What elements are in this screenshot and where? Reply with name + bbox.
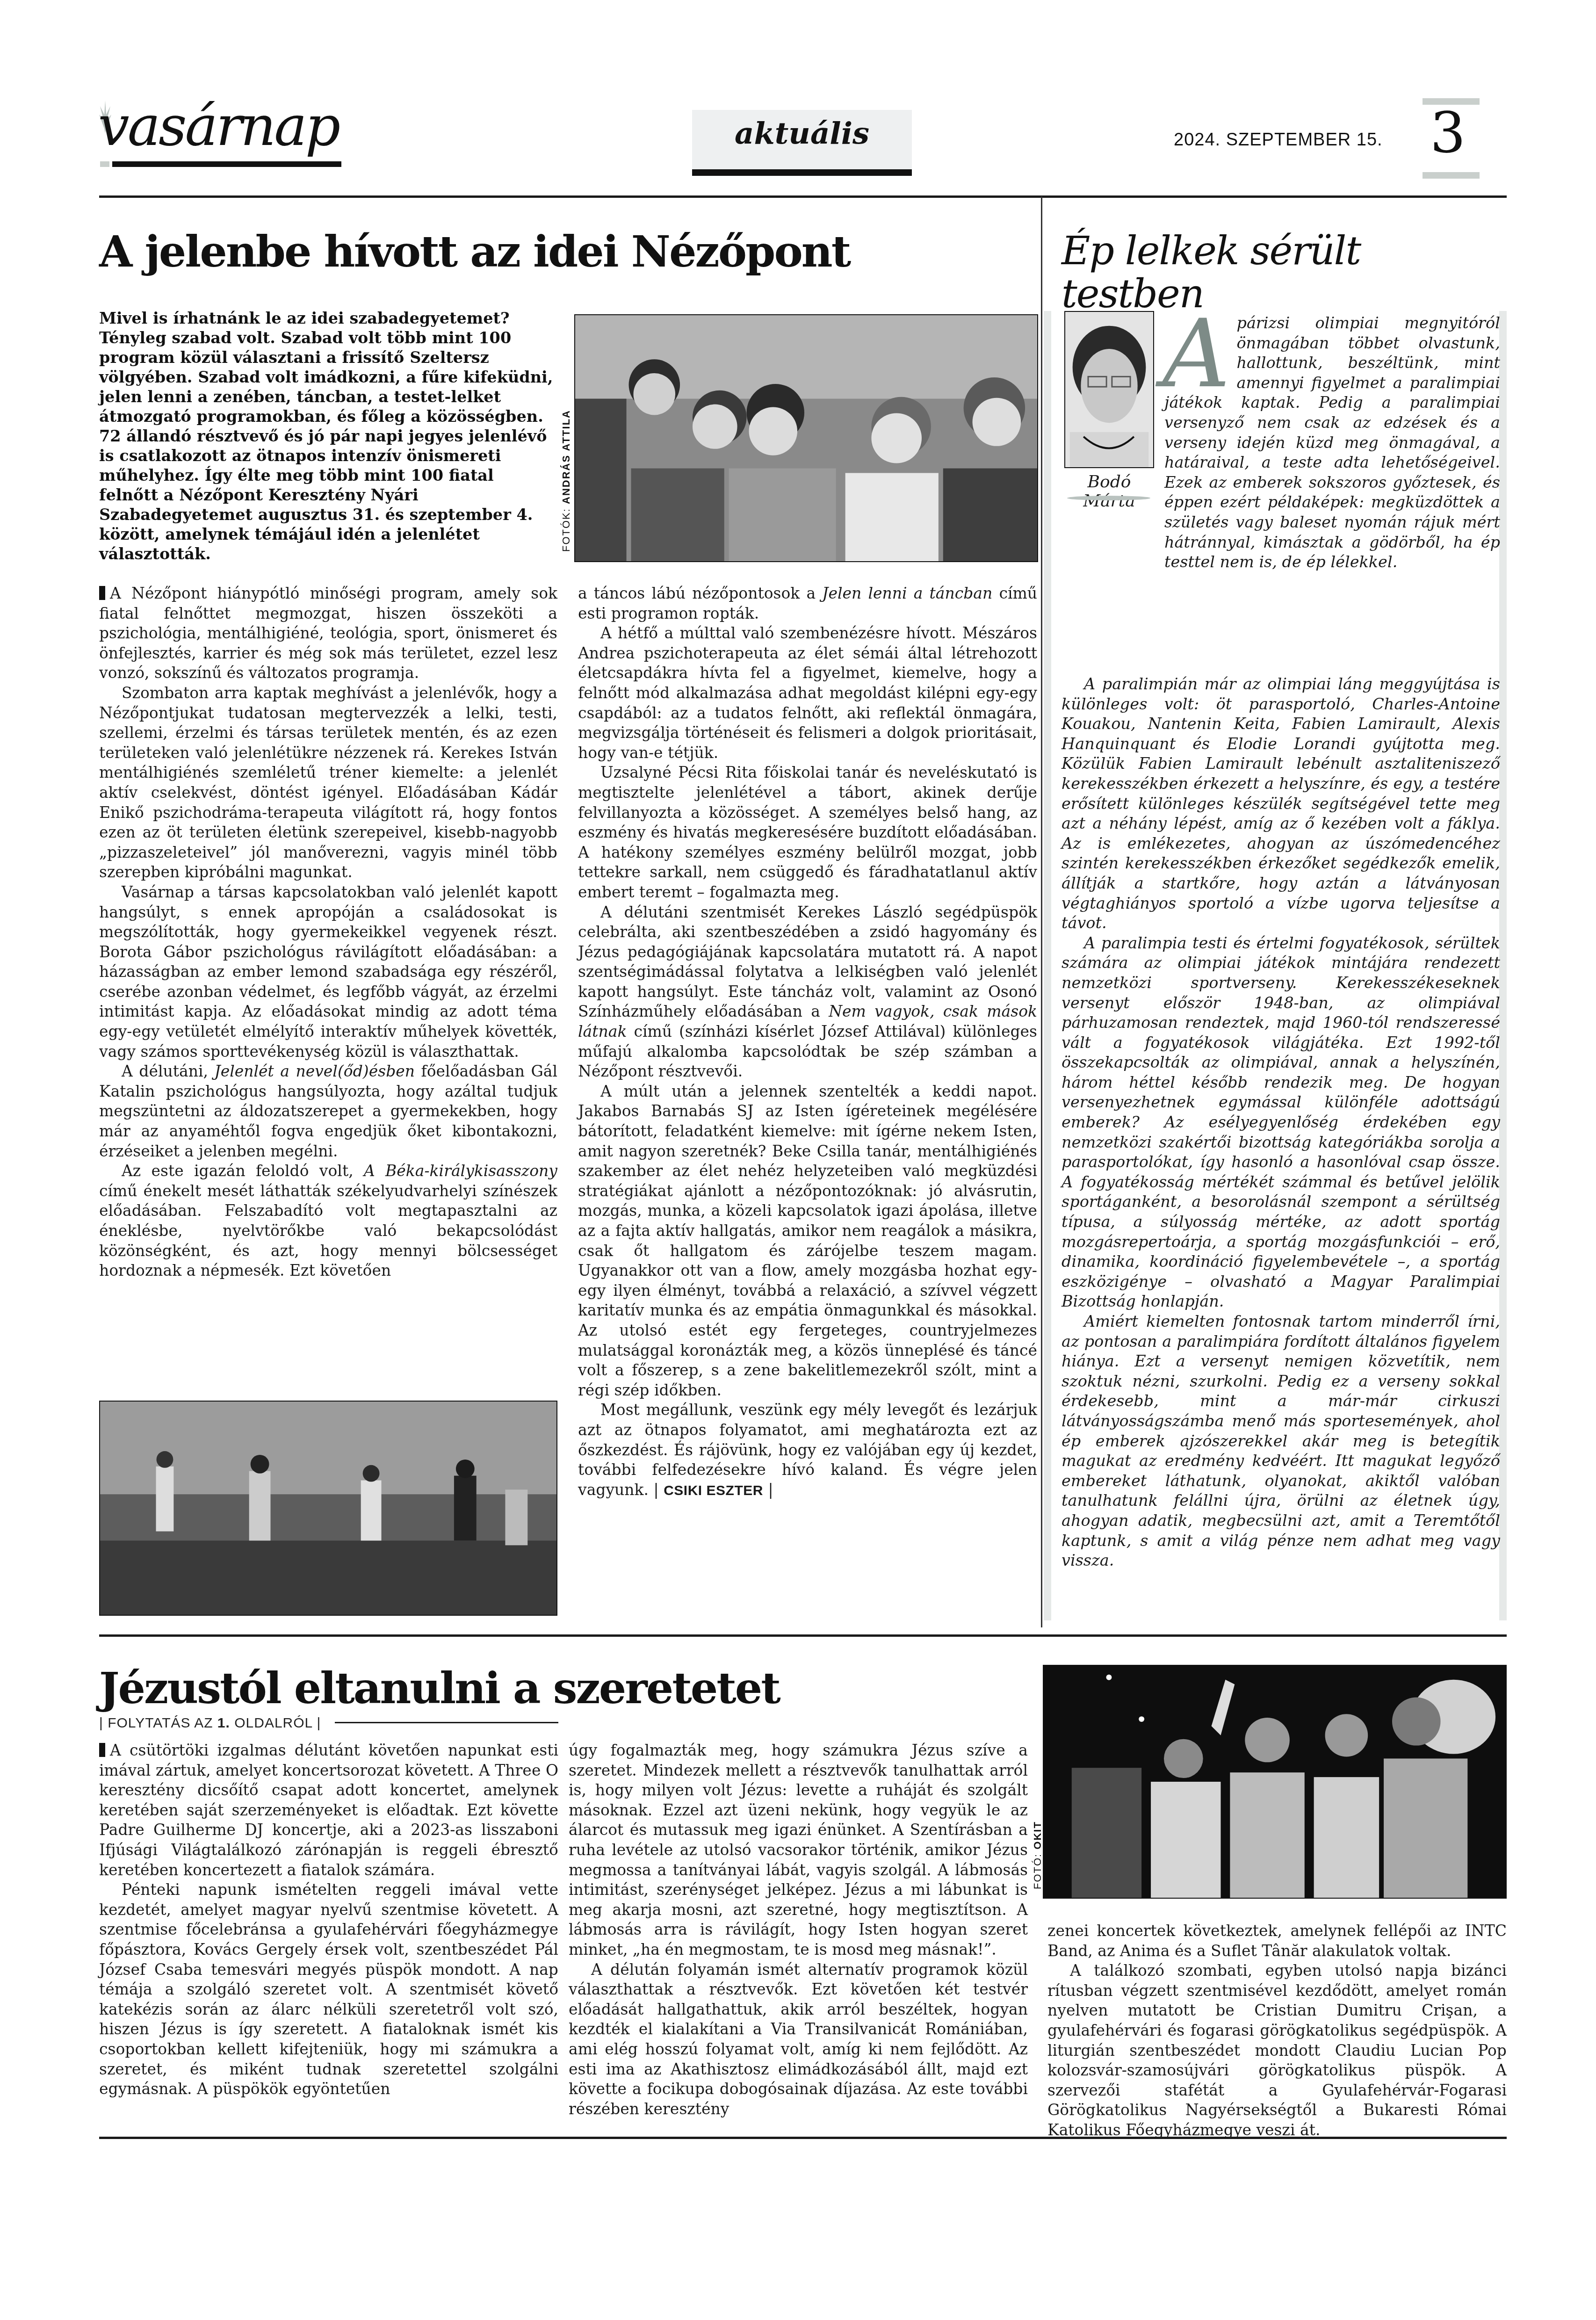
article-start-marker: [99, 1743, 105, 1757]
opinion-body: A párizsi olimpiai megnyitóról önmagában…: [1164, 313, 1500, 572]
main-article-lead: Mivel is írhatnánk le az idei szabadegye…: [99, 309, 557, 564]
byline: CSIKI ESZTER: [664, 1483, 763, 1498]
bottom-article-column-1: A csütörtöki izgalmas délutánt követően …: [99, 1741, 558, 2099]
kicker-line: [335, 1722, 558, 1723]
photo-young-people-clapping: [574, 314, 1038, 562]
column-divider-top: [1041, 196, 1042, 1627]
main-article-title[interactable]: A jelenbe hívott az idei Nézőpont: [99, 228, 1025, 275]
logo-underline: [112, 161, 341, 167]
photo-outdoor-workshop: [99, 1401, 557, 1616]
main-article-column-2: a táncos lábú nézőpontosok a Jelen lenni…: [578, 584, 1037, 1501]
masthead-logo[interactable]: vasárnap: [98, 98, 339, 153]
opinion-body-continued: A paralimpián már az olimpiai láng meggy…: [1062, 674, 1500, 1571]
header-divider: [99, 195, 1507, 198]
opinion-author: Bodó Márta: [1064, 472, 1154, 511]
page-number-bottom-bar: [1423, 172, 1480, 179]
issue-date: 2024. SZEPTEMBER 15.: [1174, 130, 1383, 150]
continuation-kicker[interactable]: | FOLYTATÁS AZ 1. OLDALRÓL |: [99, 1715, 321, 1731]
author-portrait: [1064, 311, 1154, 468]
bottom-article-column-3: zenei koncertek következtek, amelynek fe…: [1047, 1921, 1507, 2140]
main-article-column-1: A Nézőpont hiánypótló minőségi program, …: [99, 584, 557, 1281]
photo-credit-main: FOTÓK: ANDRÁS ATTILA: [560, 410, 572, 552]
section-divider: [99, 1634, 1507, 1637]
logo-accent-bar: [100, 161, 109, 167]
opinion-title[interactable]: Ép lelkek sérült testben: [1062, 229, 1510, 316]
dropcap: A: [1163, 317, 1230, 392]
section-label[interactable]: aktuális: [692, 116, 912, 151]
bottom-article-title[interactable]: Jézustól eltanulni a szeretetet: [99, 1665, 1025, 1712]
bottom-article-column-2: úgy fogalmazták meg, hogy számukra Jézus…: [569, 1741, 1028, 2119]
photo-concert-crowd: [1043, 1665, 1507, 1899]
section-underline: [692, 169, 912, 176]
page-number: 3: [1430, 105, 1466, 161]
footer-rule: [99, 2137, 1507, 2139]
photo-credit-bottom: FOTÓ: OKIT: [1032, 1821, 1044, 1889]
article-start-marker: [99, 586, 105, 600]
author-underline: [1067, 496, 1150, 500]
